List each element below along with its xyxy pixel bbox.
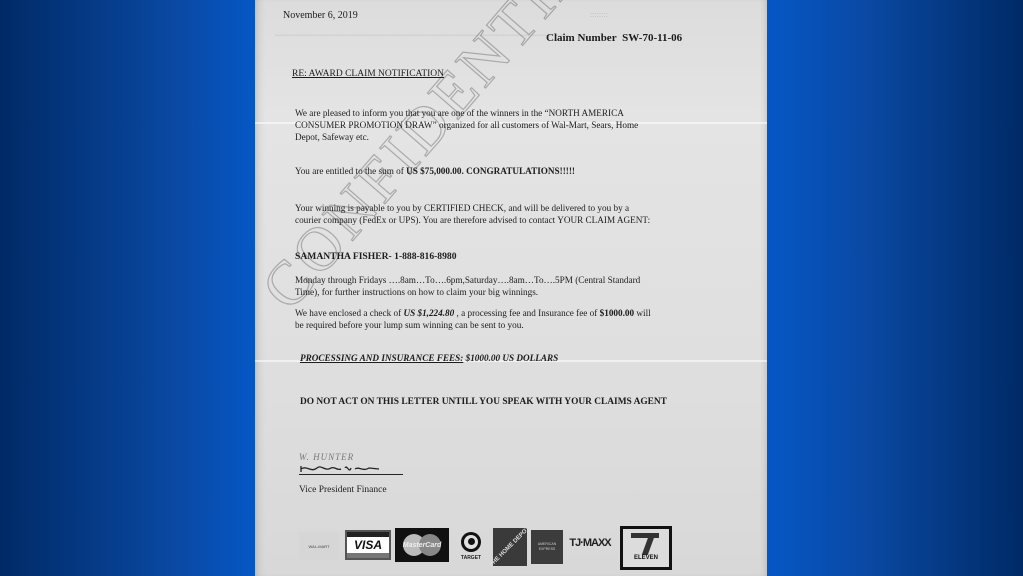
visa-logo: VISA [345,530,391,560]
american-express-logo: AMERICAN EXPRESS [531,530,563,564]
paragraph-line: Time), for further instructions on how t… [295,287,538,299]
prize-amount: US $75,000.00. CONGRATULATIONS!!!!! [406,166,575,176]
paragraph-line: Monday through Fridays ….8am…To….6pm,Sat… [295,275,640,287]
paragraph-line: courier company (FedEx or UPS). You are … [295,215,650,227]
fees-value: $1000.00 US DOLLARS [463,353,558,363]
paragraph-line: We have enclosed a check of US $1,224.80… [295,308,651,320]
fees-line: PROCESSING AND INSURANCE FEES: $1000.00 … [300,353,558,365]
letter-document: :::::::: ~~~~~~~~~~~~~~~~~~~~~~~~~~~~~~~… [255,0,767,576]
paragraph-line: CONSUMER PROMOTION DRAW” organized for a… [295,120,638,132]
logo-label: MasterCard [403,542,442,549]
letter-date: November 6, 2019 [283,10,358,22]
entitled-prefix: You are entitled to the sum of [295,166,406,176]
mastercard-logo: MasterCard [395,528,449,562]
seven-eleven-inner: ELEVEN [623,529,669,567]
target-dot [468,538,475,545]
paragraph-line: Your winning is payable to you by CERTIF… [295,203,629,215]
paragraph-line: We are pleased to inform you that you ar… [295,108,624,120]
paragraph-line: Depot, Safeway etc. [295,132,369,144]
text-span: will [634,308,651,318]
paragraph-line: be required before your lump sum winning… [295,320,524,332]
seven-stem [641,535,655,557]
fees-label: PROCESSING AND INSURANCE FEES: [300,353,463,363]
logo-label: WAL-MART [308,544,329,549]
home-depot-logo: THE HOME DEPOT [493,528,527,566]
signer-title: Vice President Finance [299,485,387,497]
logo-label: AMERICAN EXPRESS [533,542,561,552]
claim-number-label: Claim Number [546,32,617,44]
entitled-line: You are entitled to the sum of US $75,00… [295,166,575,178]
signature-line [299,474,403,475]
logo-label: TARGET [461,555,481,561]
target-ring-inner [464,535,478,549]
fee-amount: $1000.00 [600,308,634,318]
tjmaxx-logo: TJ·MAXX [568,534,612,552]
walmart-logo: WAL-MART [299,532,339,560]
claim-number: Claim Number SW-70-11-06 [546,33,682,45]
partner-logos: WAL-MART VISA MasterCard TARGET THE HOME… [295,524,675,572]
letter-subject: RE: AWARD CLAIM NOTIFICATION [292,69,444,81]
text-span: We have enclosed a check of [295,308,403,318]
logo-label: THE HOME DEPOT [489,526,531,568]
claim-number-value: SW-70-11-06 [622,32,682,44]
text-span: , a processing fee and Insurance fee of [454,308,599,318]
bleed-through-text: :::::::: [590,10,608,19]
target-ring [461,532,481,552]
visa-band-bottom [347,553,389,558]
check-amount: US $1,224.80 [403,308,454,318]
logo-label: TJ·MAXX [569,537,610,549]
target-logo: TARGET [455,526,487,566]
warning-line: DO NOT ACT ON THIS LETTER UNTILL YOU SPE… [300,397,667,409]
claim-agent-contact: SAMANTHA FISHER- 1-888-816-8980 [295,251,457,263]
logo-label: VISA [354,537,382,553]
seven-eleven-logo: ELEVEN [620,526,672,570]
logo-label: ELEVEN [634,555,658,561]
